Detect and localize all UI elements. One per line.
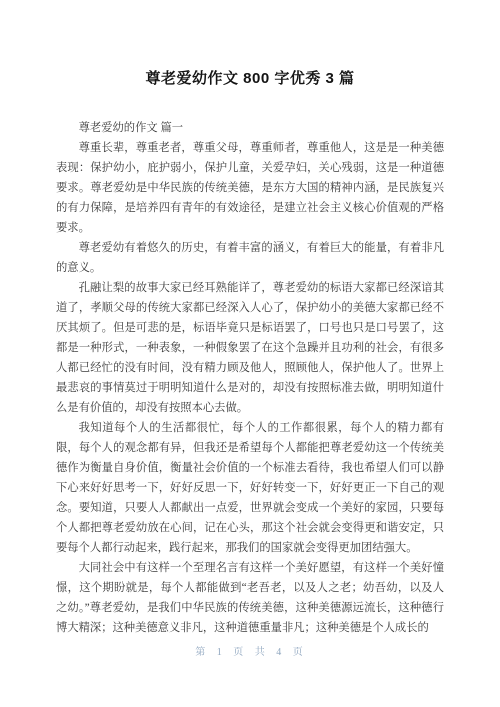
essay-paragraph: 尊重长辈，尊重老者，尊重父母，尊重师者，尊重他人，这是是一种美德表现：保护幼小，… (56, 138, 444, 238)
page-indicator: 第 1 页 共 4 页 (0, 643, 500, 658)
section-heading: 尊老爱幼的作文 篇一 (56, 118, 444, 138)
page-indicator-text: 第 1 页 共 4 页 (195, 647, 305, 658)
essay-paragraph: 大同社会中有这样一个至理名言有这样一个美好愿望，有这样一个美好憧憬，这个期盼就是… (56, 558, 444, 638)
essay-body: 尊老爱幼的作文 篇一 尊重长辈，尊重老者，尊重父母，尊重师者，尊重他人，这是是一… (56, 118, 444, 638)
essay-paragraph: 我知道每个人的生活都很忙，每个人的工作都很累，每个人的精力都有限，每个人的观念都… (56, 418, 444, 558)
document-title: 尊老爱幼作文 800 字优秀 3 篇 (0, 0, 500, 88)
essay-paragraph: 尊老爱幼有着悠久的历史，有着丰富的涵义，有着巨大的能量，有着非凡的意义。 (56, 238, 444, 278)
essay-paragraphs: 尊重长辈，尊重老者，尊重父母，尊重师者，尊重他人，这是是一种美德表现：保护幼小，… (56, 138, 444, 638)
document-page: 尊老爱幼作文 800 字优秀 3 篇 尊老爱幼的作文 篇一 尊重长辈，尊重老者，… (0, 0, 500, 707)
essay-paragraph: 孔融让梨的故事大家已经耳熟能详了，尊老爱幼的标语大家都已经深谙其道了，孝顺父母的… (56, 278, 444, 418)
